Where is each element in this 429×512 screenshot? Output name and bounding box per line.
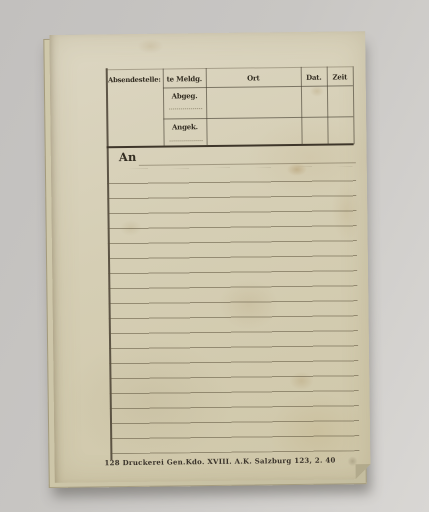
meldg-label: te Meldg.	[163, 73, 206, 86]
zeit-label: Zeit	[327, 71, 353, 83]
absendestelle-label: Absendestelle:	[106, 74, 163, 87]
table-top-line	[106, 66, 353, 70]
ort-label: Ort	[206, 72, 301, 85]
photo-background: Absendestelle: te Meldg. Ort Dat. Zeit A…	[0, 0, 429, 512]
notepad: Absendestelle: te Meldg. Ort Dat. Zeit A…	[49, 31, 370, 483]
angek-write-line	[170, 140, 203, 141]
abgeg-label: Abgeg.	[163, 90, 206, 103]
angek-label: Angek.	[163, 121, 206, 134]
paper-stain	[310, 86, 324, 97]
printer-imprint: 128 Druckerei Gen.Kdo. XVIII. A.K. Salzb…	[104, 455, 364, 467]
form-sheet: Absendestelle: te Meldg. Ort Dat. Zeit A…	[49, 31, 370, 483]
ruled-writing-area	[107, 166, 359, 454]
abgeg-row-line	[163, 116, 353, 119]
dat-label: Dat.	[301, 72, 327, 84]
recipient-write-line	[139, 162, 356, 166]
abgeg-write-line	[169, 108, 202, 109]
table-header-underline	[163, 85, 353, 88]
table-right-line	[353, 66, 355, 144]
recipient-an-label: An	[119, 150, 137, 164]
paper-stain	[137, 39, 163, 54]
table-bottom-line	[107, 143, 354, 148]
